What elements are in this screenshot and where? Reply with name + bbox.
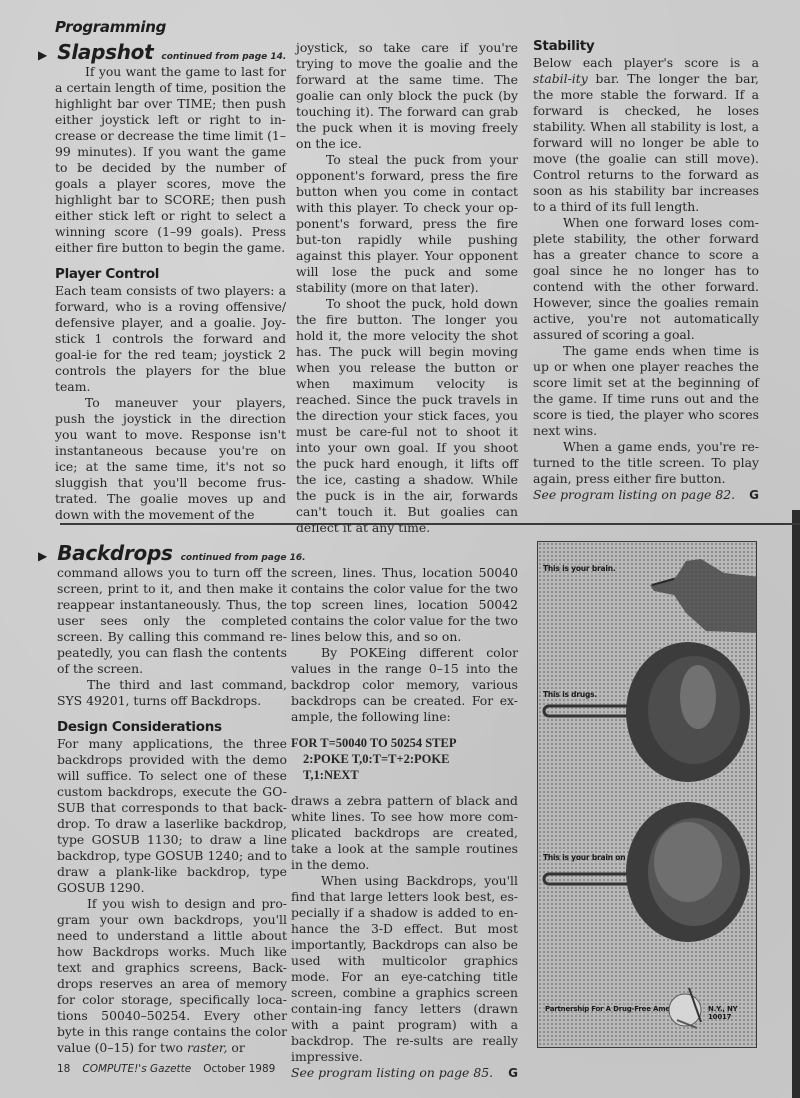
triangle-arrow-icon: ▶: [38, 48, 47, 62]
end-mark-icon: G: [508, 1065, 518, 1081]
paragraph: When one forward loses com-plete stabili…: [533, 215, 759, 343]
paragraph: When a game ends, you're re-turned to th…: [533, 439, 759, 487]
frying-pan-with-egg-icon: [538, 792, 756, 942]
code-line: 2:POKE T,0:T=T+2:POKE: [291, 751, 518, 767]
backdrops-title: Backdrops: [57, 541, 172, 565]
page-footer: 18 COMPUTE!'s Gazette October 1989: [57, 1063, 275, 1075]
section-divider: [60, 523, 800, 525]
paragraph: The game ends when time is up or when on…: [533, 343, 759, 439]
paragraph: Each team consists of two players: a for…: [55, 283, 286, 395]
hand-holding-egg-icon: [646, 555, 757, 633]
paragraph: For many applications, the three backdro…: [57, 736, 287, 896]
triangle-arrow-icon: ▶: [38, 549, 47, 563]
paragraph: To shoot the puck, hold down the fire bu…: [296, 296, 518, 536]
page-number: 18: [57, 1063, 70, 1075]
backdrops-header: ▶ Backdrops continued from page 16.: [38, 541, 306, 565]
paragraph: Below each player's score is a stabil-it…: [533, 55, 759, 215]
slapshot-column-3: Stability Below each player's score is a…: [533, 38, 759, 503]
page-edge-shadow: [792, 510, 800, 1098]
ad-sponsor: Partnership For A Drug-Free America: [545, 1005, 684, 1013]
code-line: FOR T=50040 TO 50254 STEP: [291, 735, 518, 751]
code-line: T,1:NEXT: [291, 767, 518, 783]
slapshot-column-2: joystick, so take care if you're trying …: [296, 40, 518, 536]
slapshot-continued-note: continued from page 14.: [161, 52, 286, 62]
backdrops-column-2: screen, lines. Thus, location 50040 cont…: [291, 565, 518, 1081]
subhead-design-considerations: Design Considerations: [57, 719, 287, 735]
slapshot-header: ▶ Slapshot continued from page 14.: [38, 40, 286, 64]
slapshot-column-1: If you want the game to last for a certa…: [55, 64, 286, 523]
paragraph: screen, lines. Thus, location 50040 cont…: [291, 565, 518, 645]
basic-code-listing: FOR T=50040 TO 50254 STEP 2:POKE T,0:T=T…: [291, 735, 518, 783]
paragraph: If you want the game to last for a certa…: [55, 64, 286, 256]
paragraph: If you wish to design and pro-gram your …: [57, 896, 287, 1056]
listing-reference: See program listing on page 82. G: [533, 487, 759, 503]
paragraph: The third and last command, SYS 49201, t…: [57, 677, 287, 709]
subhead-stability: Stability: [533, 38, 759, 54]
slapshot-title: Slapshot: [57, 40, 153, 64]
paragraph: joystick, so take care if you're trying …: [296, 40, 518, 152]
frying-pan-icon: [538, 642, 756, 792]
paragraph: To steal the puck from your opponent's f…: [296, 152, 518, 296]
magazine-name: COMPUTE!'s Gazette: [82, 1063, 191, 1075]
issue-date: October 1989: [203, 1063, 275, 1075]
paragraph: When using Backdrops, you'll find that l…: [291, 873, 518, 1065]
psa-advertisement: This is your brain. This is drugs. This …: [537, 541, 757, 1048]
ad-location: N.Y., NY 10017: [708, 1005, 756, 1021]
paragraph: By POKEing different color values in the…: [291, 645, 518, 725]
backdrops-column-1: command allows you to turn off the scree…: [57, 565, 287, 1056]
paragraph: command allows you to turn off the scree…: [57, 565, 287, 677]
listing-reference: See program listing on page 85. G: [291, 1065, 518, 1081]
paragraph: To maneuver your players, push the joyst…: [55, 395, 286, 523]
backdrops-continued-note: continued from page 16.: [181, 553, 306, 563]
paragraph: draws a zebra pattern of black and white…: [291, 793, 518, 873]
partnership-logo-icon: [665, 982, 709, 1032]
ad-caption-brain: This is your brain.: [543, 564, 616, 573]
end-mark-icon: G: [749, 487, 759, 503]
section-label: Programming: [55, 18, 166, 36]
subhead-player-control: Player Control: [55, 266, 286, 282]
